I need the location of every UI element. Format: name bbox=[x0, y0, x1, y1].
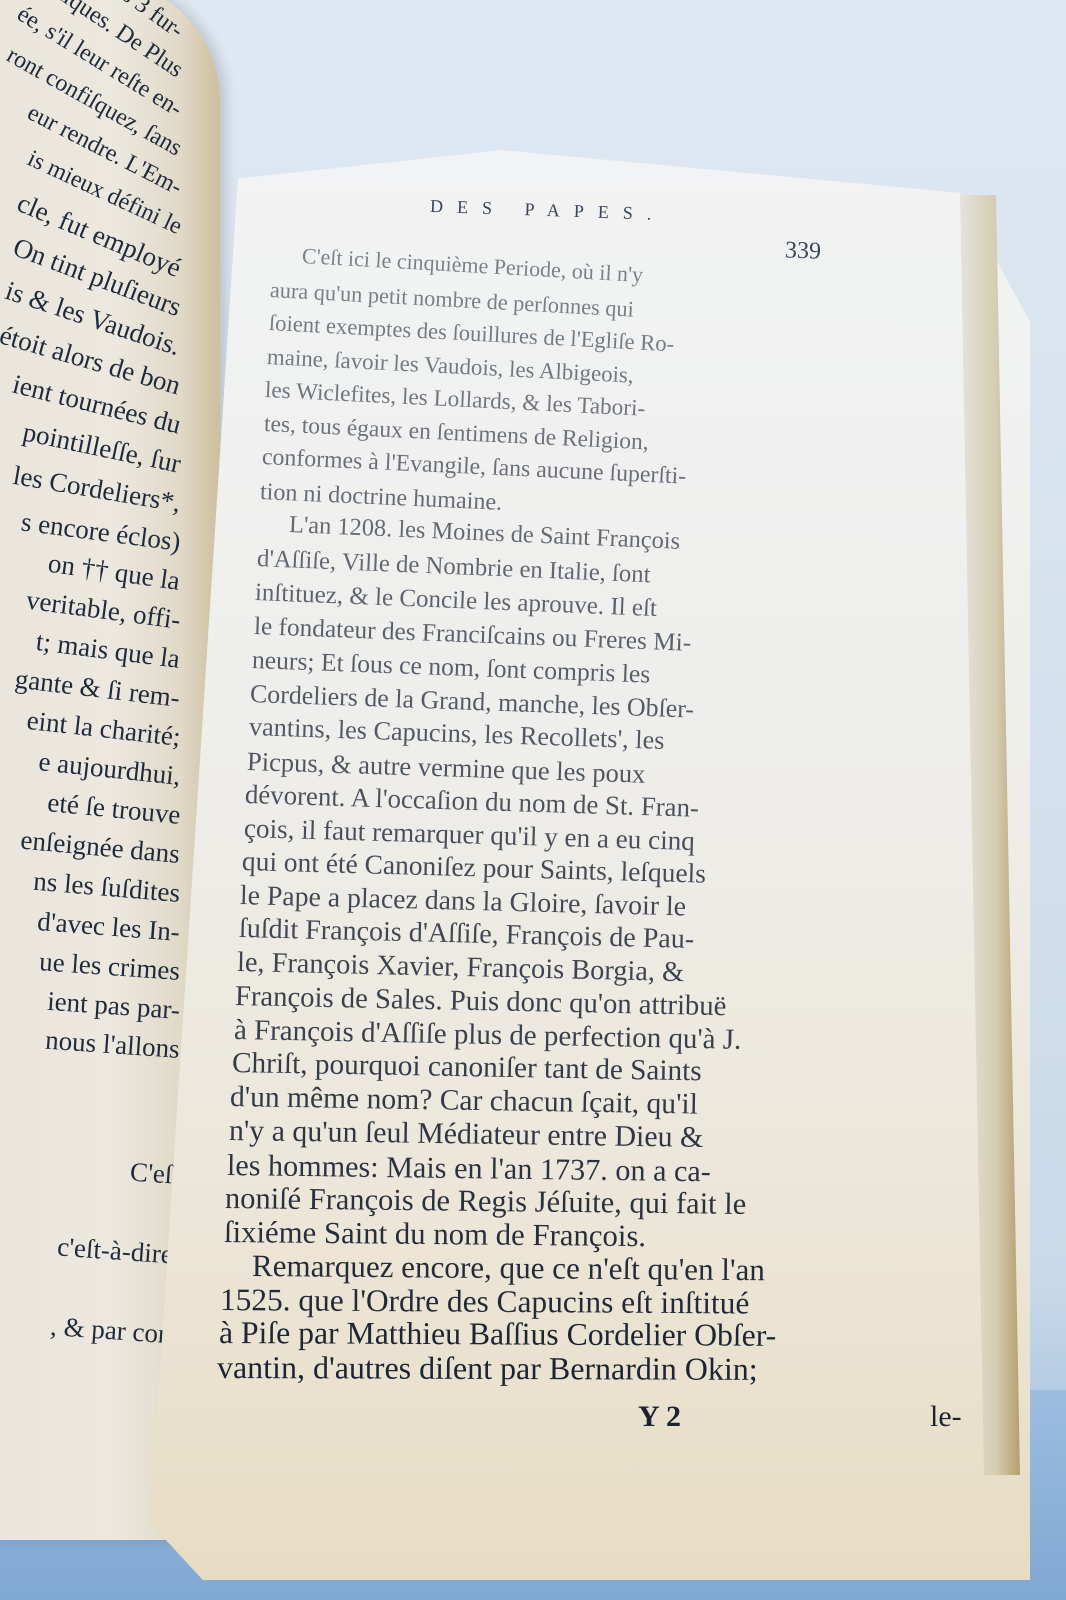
page-number: 339 bbox=[785, 237, 822, 265]
text-line: les hommes: Mais en l'an 1737. on a ca- bbox=[227, 1150, 711, 1186]
signature-mark: Y 2 bbox=[638, 1400, 681, 1434]
text-line: 1525. que l'Ordre des Capucins eſt inſti… bbox=[220, 1284, 750, 1319]
right-page-text: DES PAPES. 339 C'eſt ici le cinquième Pe… bbox=[0, 0, 1066, 1600]
text-line: C'eſt ici le cinquième Periode, où il n'… bbox=[301, 245, 643, 286]
catchword: le- bbox=[930, 1400, 962, 1434]
text-line: Remarquez encore, que ce n'eſt qu'en l'a… bbox=[252, 1250, 765, 1285]
text-line: n'y a qu'un ſeul Médiateur entre Dieu & bbox=[228, 1116, 703, 1153]
text-line: noniſé François de Regis Jéſuite, qui fa… bbox=[225, 1183, 747, 1219]
text-line: tion ni doctrine humaine. bbox=[260, 480, 503, 515]
text-line: ſixiéme Saint du nom de François. bbox=[224, 1217, 646, 1252]
text-line: Chriſt, pourquoi canoniſer tant de Saint… bbox=[232, 1049, 702, 1087]
running-head: DES PAPES. bbox=[430, 196, 666, 225]
text-line: vantin, d'autres diſent par Bernardin Ok… bbox=[217, 1351, 758, 1385]
text-line: à Piſe par Matthieu Baſſius Cordelier Ob… bbox=[219, 1317, 776, 1352]
